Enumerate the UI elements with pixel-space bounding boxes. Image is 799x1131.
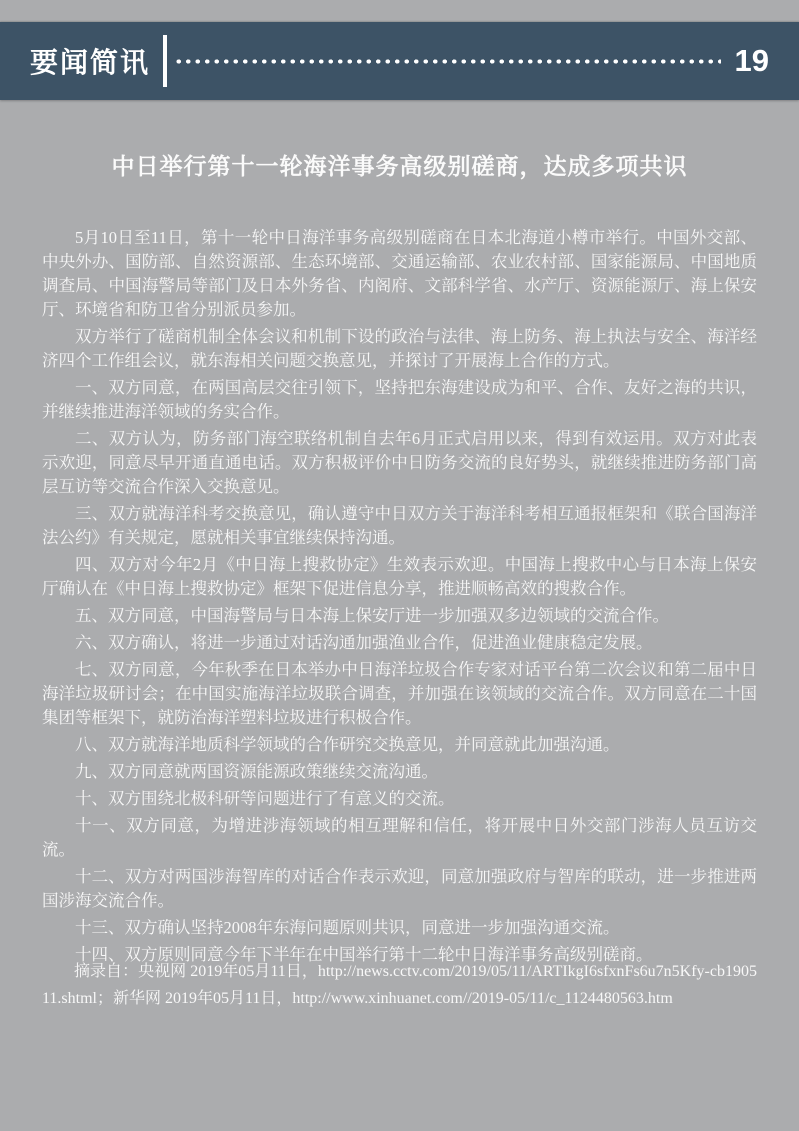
paragraph: 三、双方就海洋科考交换意见，确认遵守中日双方关于海洋科考相互通报框架和《联合国海… bbox=[42, 502, 757, 550]
dotted-leader bbox=[174, 59, 721, 64]
paragraph: 二、双方认为，防务部门海空联络机制自去年6月正式启用以来，得到有效运用。双方对此… bbox=[42, 427, 757, 499]
paragraph: 八、双方就海洋地质科学领域的合作研究交换意见，并同意就此加强沟通。 bbox=[42, 733, 757, 757]
section-title: 要闻简讯 bbox=[30, 41, 150, 81]
paragraph: 四、双方对今年2月《中日海上搜救协定》生效表示欢迎。中国海上搜救中心与日本海上保… bbox=[42, 553, 757, 601]
page-background: { "colors": { "page_background": "#abaca… bbox=[0, 0, 799, 1131]
page-number: 19 bbox=[735, 43, 769, 79]
source-citation: 摘录自：央视网 2019年05月11日，http://news.cctv.com… bbox=[42, 958, 757, 1012]
paragraph: 六、双方确认，将进一步通过对话沟通加强渔业合作，促进渔业健康稳定发展。 bbox=[42, 631, 757, 655]
paragraph: 七、双方同意，今年秋季在日本举办中日海洋垃圾合作专家对话平台第二次会议和第二届中… bbox=[42, 658, 757, 730]
article-body: 中日举行第十一轮海洋事务高级别磋商，达成多项共识 5月10日至11日，第十一轮中… bbox=[0, 100, 799, 970]
paragraph: 5月10日至11日，第十一轮中日海洋事务高级别磋商在日本北海道小樽市举行。中国外… bbox=[42, 226, 757, 322]
article-title: 中日举行第十一轮海洋事务高级别磋商，达成多项共识 bbox=[42, 150, 757, 182]
paragraph: 九、双方同意就两国资源能源政策继续交流沟通。 bbox=[42, 760, 757, 784]
paragraph: 十、双方围绕北极科研等问题进行了有意义的交流。 bbox=[42, 787, 757, 811]
paragraph: 十二、双方对两国涉海智库的对话合作表示欢迎，同意加强政府与智库的联动，进一步推进… bbox=[42, 865, 757, 913]
vertical-divider bbox=[163, 35, 167, 87]
header-band: 要闻简讯 19 bbox=[0, 22, 799, 100]
paragraph: 五、双方同意，中国海警局与日本海上保安厅进一步加强双多边领域的交流合作。 bbox=[42, 604, 757, 628]
paragraph: 十一、双方同意，为增进涉海领域的相互理解和信任，将开展中日外交部门涉海人员互访交… bbox=[42, 814, 757, 862]
paragraph: 十三、双方确认坚持2008年东海问题原则共识，同意进一步加强沟通交流。 bbox=[42, 916, 757, 940]
paragraph: 双方举行了磋商机制全体会议和机制下设的政治与法律、海上防务、海上执法与安全、海洋… bbox=[42, 325, 757, 373]
paragraph: 一、双方同意，在两国高层交往引领下，坚持把东海建设成为和平、合作、友好之海的共识… bbox=[42, 376, 757, 424]
